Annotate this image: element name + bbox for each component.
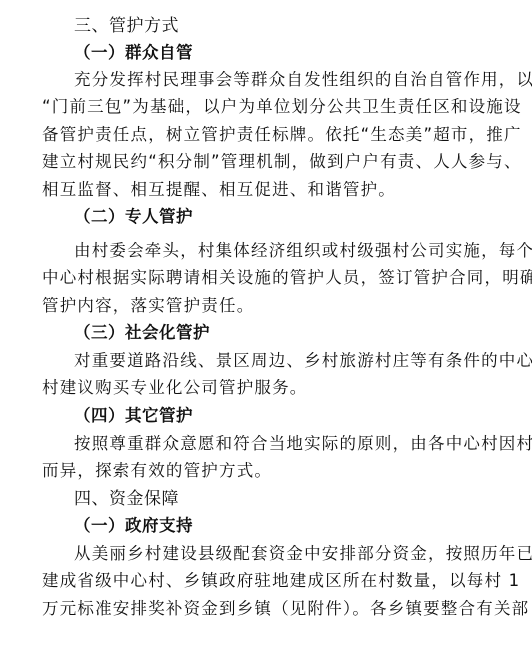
paragraph-line: 对重要道路沿线、景区周边、乡村旅游村庄等有条件的中心 (74, 351, 487, 371)
subheading-mass-self-management: （一）群众自管 (74, 43, 519, 63)
subheading-dedicated-management: （二）专人管护 (74, 207, 519, 227)
document-page: 三、管护方式 （一）群众自管 充分发挥村民理事会等群众自发性组织的自治自管作用，… (0, 0, 532, 657)
paragraph-line: 建成省级中心村、乡镇政府驻地建成区所在村数量，以每村 1 (42, 571, 487, 591)
paragraph-line: 而异，探索有效的管护方式。 (42, 461, 487, 481)
paragraph-line: 从美丽乡村建设县级配套资金中安排部分资金，按照历年已 (74, 544, 487, 564)
paragraph-line: 按照尊重群众意愿和符合当地实际的原则，由各中心村因村 (74, 434, 487, 454)
subheading-socialized-management: （三）社会化管护 (74, 323, 519, 343)
paragraph-line: 建立村规民约“积分制”管理机制，做到户户有责、人人参与、 (42, 152, 487, 172)
section-heading-management-methods: 三、管护方式 (74, 16, 519, 36)
paragraph-line: 村建议购买专业化公司管护服务。 (42, 378, 487, 398)
paragraph-line: 备管护责任点，树立管护责任标牌。依托“生态美”超市，推广 (42, 125, 487, 145)
section-heading-funding-guarantee: 四、资金保障 (74, 489, 519, 509)
paragraph-line: 管护内容，落实管护责任。 (42, 296, 487, 316)
paragraph-line: “门前三包”为基础，以户为单位划分公共卫生责任区和设施设 (42, 97, 487, 117)
paragraph-line: 由村委会牵头，村集体经济组织或村级强村公司实施，每个 (74, 241, 487, 261)
paragraph-line: 充分发挥村民理事会等群众自发性组织的自治自管作用，以 (74, 70, 487, 90)
subheading-other-management: （四）其它管护 (74, 406, 519, 426)
paragraph-line: 相互监督、相互提醒、相互促进、和谐管护。 (42, 180, 487, 200)
subheading-government-support: （一）政府支持 (74, 516, 519, 536)
paragraph-line: 中心村根据实际聘请相关设施的管护人员，签订管护合同，明确 (42, 268, 487, 288)
paragraph-line: 万元标准安排奖补资金到乡镇（见附件）。各乡镇要整合有关部 (42, 599, 487, 619)
